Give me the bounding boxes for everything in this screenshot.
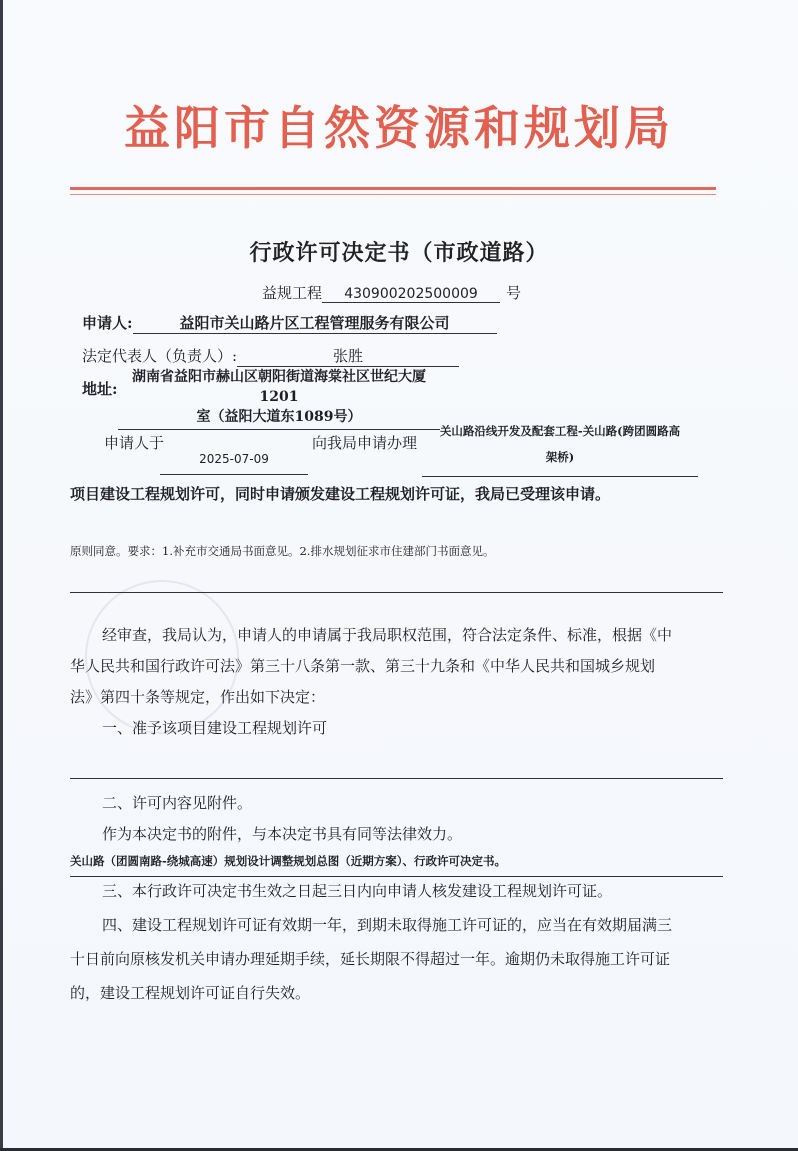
- document-number: 益规工程430900202500009号: [262, 282, 521, 303]
- decision-item-2: 二、许可内容见附件。: [70, 788, 730, 819]
- review-line-3: 法》第四十条等规定，作出如下决定：: [70, 682, 730, 713]
- header-rule-thin: [70, 194, 716, 195]
- header-rule-thick: [70, 187, 716, 190]
- decision-item-3: 三、本行政许可决定书生效之日起三日内向申请人核发建设工程规划许可证。: [70, 876, 730, 907]
- address-line-1: 湖南省益阳市赫山区朝阳街道海棠社区世纪大厦1201: [118, 367, 440, 407]
- organization-header: 益阳市自然资源和规划局: [0, 92, 798, 158]
- document-number-suffix: 号: [506, 284, 521, 302]
- legal-rep-label: 法定代表人（负责人）:: [82, 347, 237, 365]
- applicant-name: 益阳市关山路片区工程管理服务有限公司: [133, 312, 497, 334]
- project-name-line-1: 关山路沿线开发及配套工程-关山路(跨团圆路高: [422, 418, 698, 444]
- address-label: 地址:: [82, 378, 118, 399]
- address-line-2: 室（益阳大道东1089号）: [118, 407, 440, 427]
- attachments-list: 关山路（团圆南路-绕城高速）规划设计调整规划总图（近期方案）、行政许可决定书。: [70, 853, 506, 869]
- decision-item-2-block: 二、许可内容见附件。 作为本决定书的附件，与本决定书具有同等法律效力。: [70, 788, 730, 850]
- legal-rep-row: 法定代表人（负责人）:张胜: [82, 345, 459, 367]
- separator-line: [70, 592, 723, 593]
- document-title: 行政许可决定书（市政道路）: [0, 236, 798, 267]
- address-value: 湖南省益阳市赫山区朝阳街道海棠社区世纪大厦1201 室（益阳大道东1089号）: [118, 367, 440, 430]
- review-opinion: 原则同意。要求：1.补充市交通局书面意见。2.排水规划征求市住建部门书面意见。: [70, 543, 494, 559]
- application-middle: 向我局申请办理: [312, 432, 417, 453]
- project-name: 关山路沿线开发及配套工程-关山路(跨团圆路高 架桥): [422, 418, 698, 477]
- decision-item-2-note: 作为本决定书的附件，与本决定书具有同等法律效力。: [70, 819, 730, 850]
- document-number-value: 430900202500009: [322, 286, 500, 303]
- decision-item-4-line-3: 的，建设工程规划许可证自行失效。: [70, 978, 730, 1009]
- acceptance-statement: 项目建设工程规划许可，同时申请颁发建设工程规划许可证，我局已受理该申请。: [70, 483, 610, 504]
- decision-items-3-4: 三、本行政许可决定书生效之日起三日内向申请人核发建设工程规划许可证。 四、建设工…: [70, 876, 730, 1009]
- document-number-prefix: 益规工程: [262, 284, 322, 302]
- legal-rep-name: 张胜: [237, 345, 459, 367]
- decision-item-1: 一、准予该项目建设工程规划许可: [70, 713, 730, 744]
- decision-item-4-line-2: 十日前向原核发机关申请办理延期手续，延长期限不得超过一年。逾期仍未取得施工许可证: [70, 944, 730, 975]
- review-paragraph: 经审查，我局认为，申请人的申请属于我局职权范围，符合法定条件、标准，根据《中 华…: [70, 620, 730, 744]
- applicant-row: 申请人:益阳市关山路片区工程管理服务有限公司: [82, 312, 497, 334]
- separator-line: [70, 778, 723, 779]
- applicant-label: 申请人:: [82, 314, 133, 332]
- application-prefix: 申请人于: [104, 432, 164, 453]
- project-name-line-2: 架桥): [422, 444, 698, 470]
- decision-item-4-line-1: 四、建设工程规划许可证有效期一年，到期未取得施工许可证的，应当在有效期届满三: [70, 910, 730, 941]
- review-line-2: 华人民共和国行政许可法》第三十八条第一款、第三十九条和《中华人民共和国城乡规划: [70, 651, 730, 682]
- scan-edge-left: [0, 0, 3, 1151]
- application-date: 2025-07-09: [160, 452, 308, 475]
- review-line-1: 经审查，我局认为，申请人的申请属于我局职权范围，符合法定条件、标准，根据《中: [70, 620, 730, 651]
- document-page: 益阳市自然资源和规划局 行政许可决定书（市政道路） 益规工程4309002025…: [0, 0, 798, 1151]
